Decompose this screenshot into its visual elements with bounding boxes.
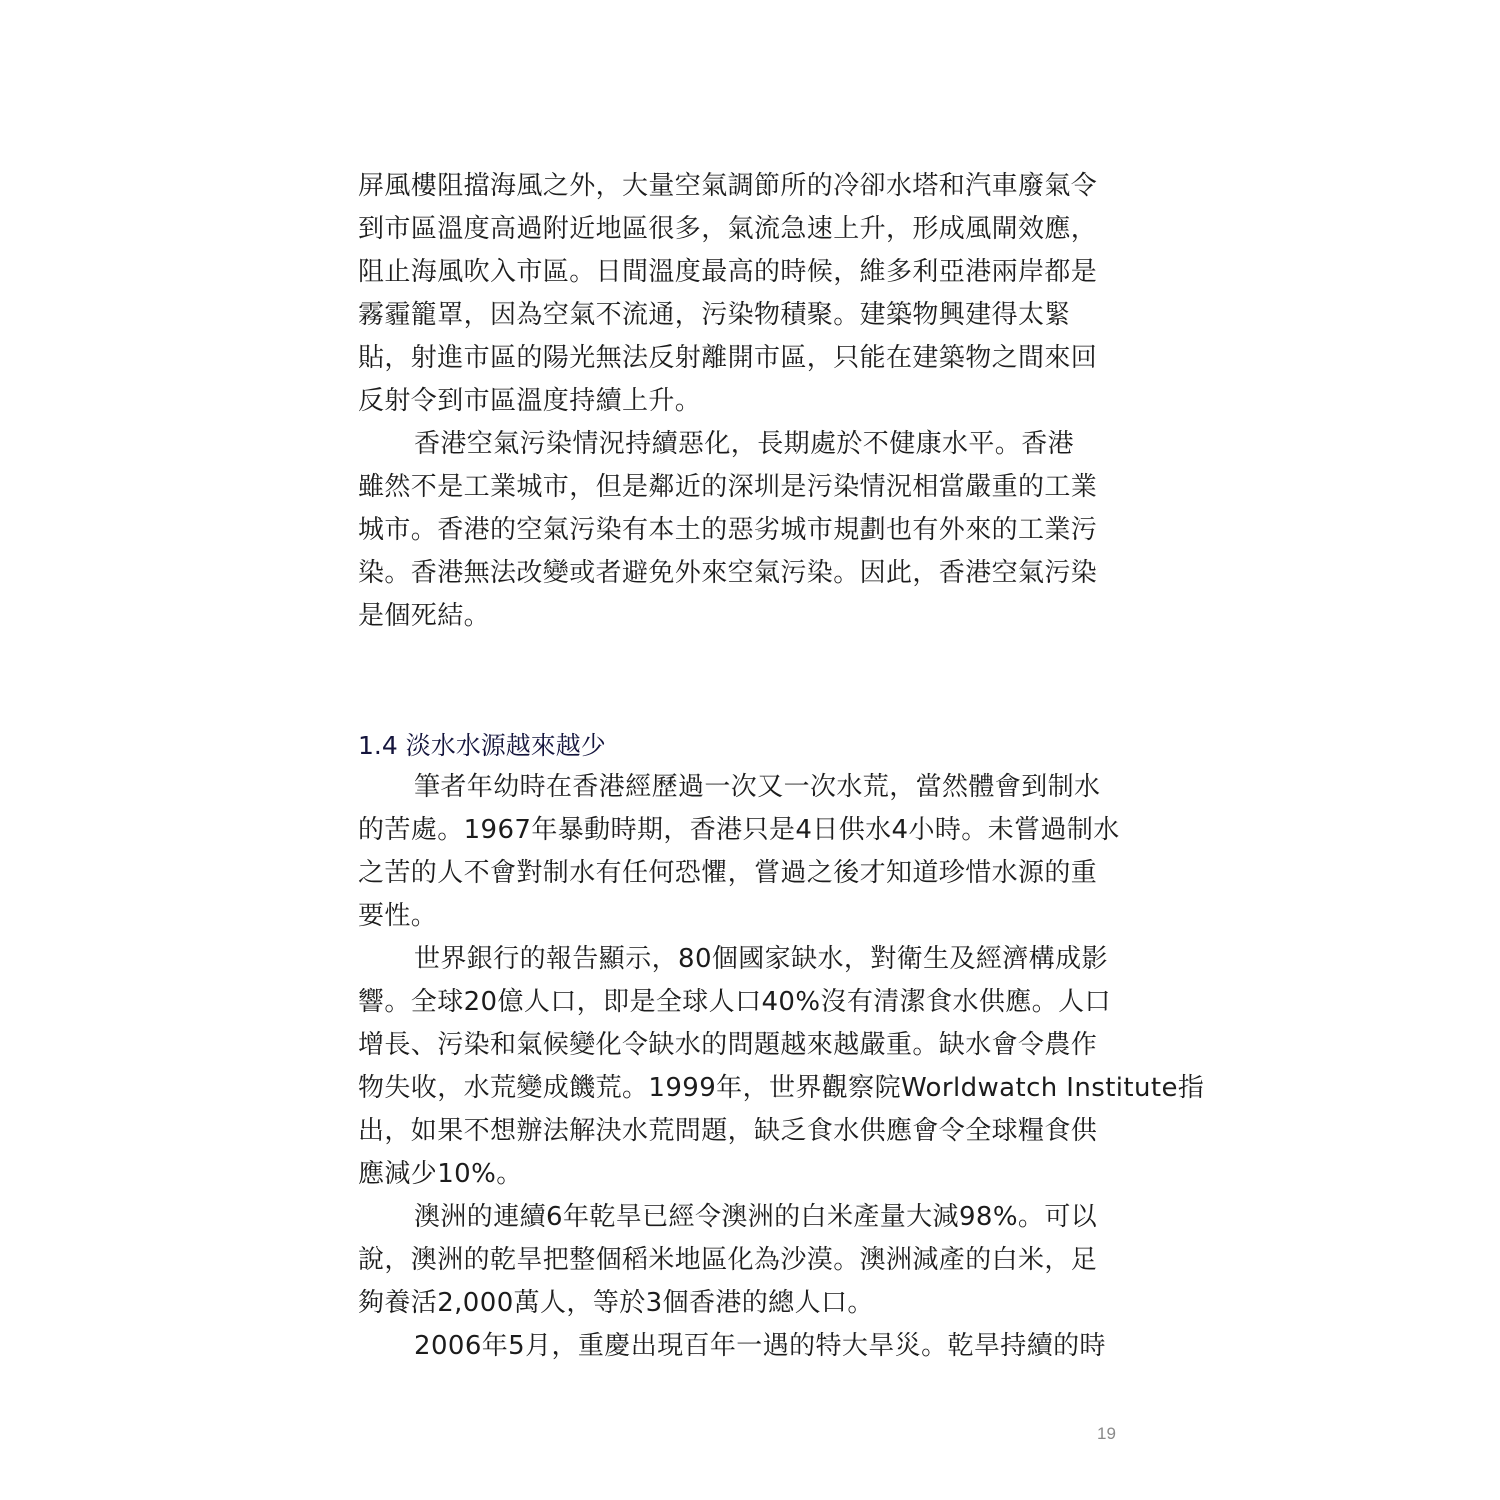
section-heading: 1.4 淡水水源越來越少 [358, 726, 606, 766]
text-line: 雖然不是工業城市，但是鄰近的深圳是污染情況相當嚴重的工業 [358, 466, 1108, 509]
text-line: 到市區溫度高過附近地區很多，氣流急速上升，形成風閘效應， [358, 208, 1108, 251]
text-line: 說，澳洲的乾旱把整個稻米地區化為沙漠。澳洲減產的白米，足 [358, 1239, 1108, 1282]
text-line: 2006年5月，重慶出現百年一遇的特大旱災。乾旱持續的時 [358, 1325, 1108, 1368]
document-page: 屏風樓阻擋海風之外，大量空氣調節所的冷卻水塔和汽車廢氣令 到市區溫度高過附近地區… [0, 0, 1500, 1500]
section2-body: 筆者年幼時在香港經歷過一次又一次水荒，當然體會到制水 的苦處。1967年暴動時期… [358, 766, 1108, 1368]
text-line: 染。香港無法改變或者避免外來空氣污染。因此，香港空氣污染 [358, 552, 1108, 595]
text-line: 的苦處。1967年暴動時期，香港只是4日供水4小時。未嘗過制水 [358, 809, 1108, 852]
text-line: 增長、污染和氣候變化令缺水的問題越來越嚴重。缺水會令農作 [358, 1024, 1108, 1067]
paragraph-chongqing-drought: 2006年5月，重慶出現百年一遇的特大旱災。乾旱持續的時 [358, 1325, 1108, 1368]
text-line: 是個死結。 [358, 595, 1108, 638]
text-line: 出，如果不想辦法解決水荒問題，缺乏食水供應會令全球糧食供 [358, 1110, 1108, 1153]
text-line: 屏風樓阻擋海風之外，大量空氣調節所的冷卻水塔和汽車廢氣令 [358, 165, 1108, 208]
text-line: 澳洲的連續6年乾旱已經令澳洲的白米產量大減98%。可以 [358, 1196, 1108, 1239]
text-line: 應減少10%。 [358, 1153, 1108, 1196]
page-number: 19 [1097, 1424, 1116, 1444]
text-line: 物失收，水荒變成饑荒。1999年，世界觀察院Worldwatch Institu… [358, 1067, 1108, 1110]
text-line: 城市。香港的空氣污染有本土的惡劣城市規劃也有外來的工業污 [358, 509, 1108, 552]
text-line: 反射令到市區溫度持續上升。 [358, 380, 1108, 423]
text-line: 之苦的人不會對制水有任何恐懼，嘗過之後才知道珍惜水源的重 [358, 852, 1108, 895]
text-line: 世界銀行的報告顯示，80個國家缺水，對衛生及經濟構成影 [358, 938, 1108, 981]
paragraph-air-pollution: 香港空氣污染情況持續惡化，長期處於不健康水平。香港 雖然不是工業城市，但是鄰近的… [358, 423, 1108, 638]
paragraph-australia-drought: 澳洲的連續6年乾旱已經令澳洲的白米產量大減98%。可以 說，澳洲的乾旱把整個稻米… [358, 1196, 1108, 1325]
paragraph-world-bank: 世界銀行的報告顯示，80個國家缺水，對衛生及經濟構成影 響。全球20億人口，即是… [358, 938, 1108, 1196]
paragraph-water-rationing: 筆者年幼時在香港經歷過一次又一次水荒，當然體會到制水 的苦處。1967年暴動時期… [358, 766, 1108, 938]
text-line: 夠養活2,000萬人，等於3個香港的總人口。 [358, 1282, 1108, 1325]
text-line: 響。全球20億人口，即是全球人口40%沒有清潔食水供應。人口 [358, 981, 1108, 1024]
section1-body: 屏風樓阻擋海風之外，大量空氣調節所的冷卻水塔和汽車廢氣令 到市區溫度高過附近地區… [358, 165, 1108, 638]
text-line: 香港空氣污染情況持續惡化，長期處於不健康水平。香港 [358, 423, 1108, 466]
text-line: 要性。 [358, 895, 1108, 938]
text-line: 貼，射進市區的陽光無法反射離開市區，只能在建築物之間來回 [358, 337, 1108, 380]
paragraph-urban-heat: 屏風樓阻擋海風之外，大量空氣調節所的冷卻水塔和汽車廢氣令 到市區溫度高過附近地區… [358, 165, 1108, 423]
text-line: 阻止海風吹入市區。日間溫度最高的時候，維多利亞港兩岸都是 [358, 251, 1108, 294]
text-line: 霧霾籠罩，因為空氣不流通，污染物積聚。建築物興建得太緊 [358, 294, 1108, 337]
text-line: 筆者年幼時在香港經歷過一次又一次水荒，當然體會到制水 [358, 766, 1108, 809]
